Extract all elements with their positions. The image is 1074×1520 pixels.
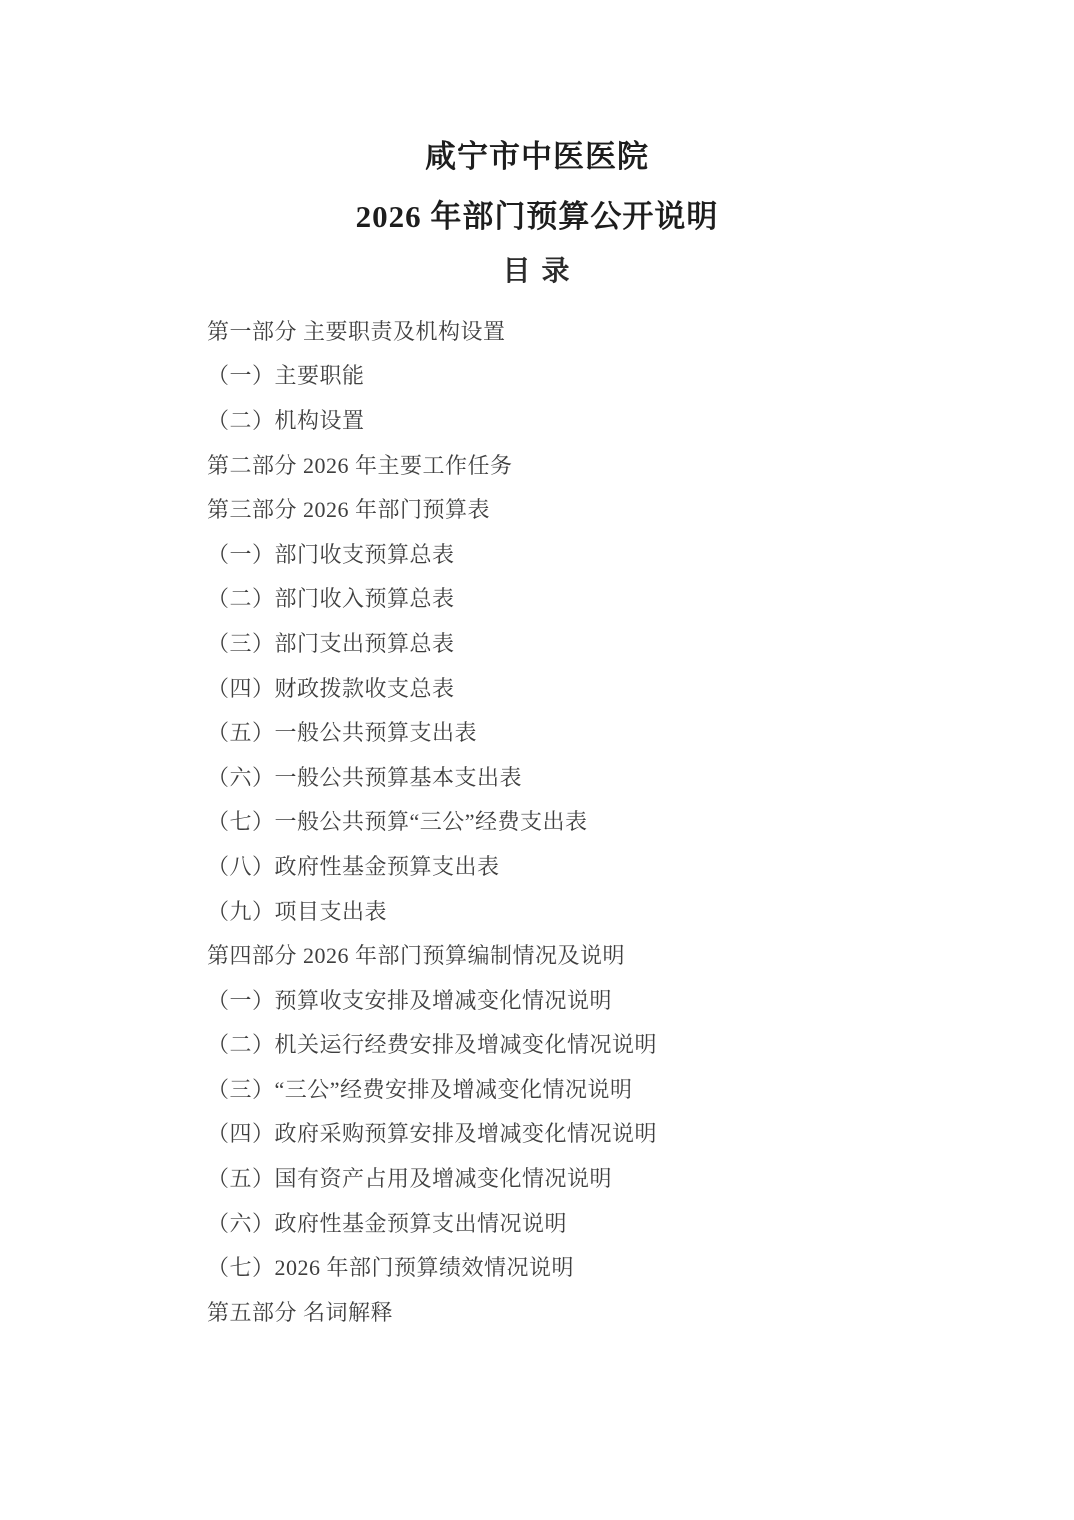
toc-item: （五）国有资产占用及增减变化情况说明 (207, 1155, 994, 1200)
toc-item: （二）机关运行经费安排及增减变化情况说明 (207, 1022, 994, 1067)
toc-item: 第四部分 2026 年部门预算编制情况及说明 (207, 932, 994, 977)
toc-item: （四）财政拨款收支总表 (207, 665, 994, 710)
toc-item: （六）政府性基金预算支出情况说明 (207, 1200, 994, 1245)
document-page: 咸宁市中医医院 2026 年部门预算公开说明 目 录 第一部分 主要职责及机构设… (0, 0, 1074, 1520)
toc-item: 第五部分 名词解释 (207, 1289, 994, 1334)
toc-item: （二）机构设置 (207, 397, 994, 442)
toc-item: 第一部分 主要职责及机构设置 (207, 308, 994, 353)
toc-item: （八）政府性基金预算支出表 (207, 843, 994, 888)
toc-item: （一）主要职能 (207, 353, 994, 398)
toc-item: 第二部分 2026 年主要工作任务 (207, 442, 994, 487)
toc-item: （九）项目支出表 (207, 888, 994, 933)
toc-item: 第三部分 2026 年部门预算表 (207, 486, 994, 531)
toc-item: （五）一般公共预算支出表 (207, 709, 994, 754)
toc-item: （四）政府采购预算安排及增减变化情况说明 (207, 1111, 994, 1156)
toc-item: （六）一般公共预算基本支出表 (207, 754, 994, 799)
toc-heading: 目 录 (0, 255, 1074, 289)
document-title: 咸宁市中医医院 (0, 139, 1074, 175)
toc-item: （二）部门收入预算总表 (207, 576, 994, 621)
toc-item: （七）一般公共预算“三公”经费支出表 (207, 799, 994, 844)
toc-list: 第一部分 主要职责及机构设置（一）主要职能（二）机构设置第二部分 2026 年主… (207, 308, 994, 1334)
toc-item: （三）“三公”经费安排及增减变化情况说明 (207, 1066, 994, 1111)
toc-item: （一）预算收支安排及增减变化情况说明 (207, 977, 994, 1022)
document-subtitle: 2026 年部门预算公开说明 (0, 199, 1074, 235)
toc-item: （七）2026 年部门预算绩效情况说明 (207, 1244, 994, 1289)
toc-item: （三）部门支出预算总表 (207, 620, 994, 665)
toc-item: （一）部门收支预算总表 (207, 531, 994, 576)
